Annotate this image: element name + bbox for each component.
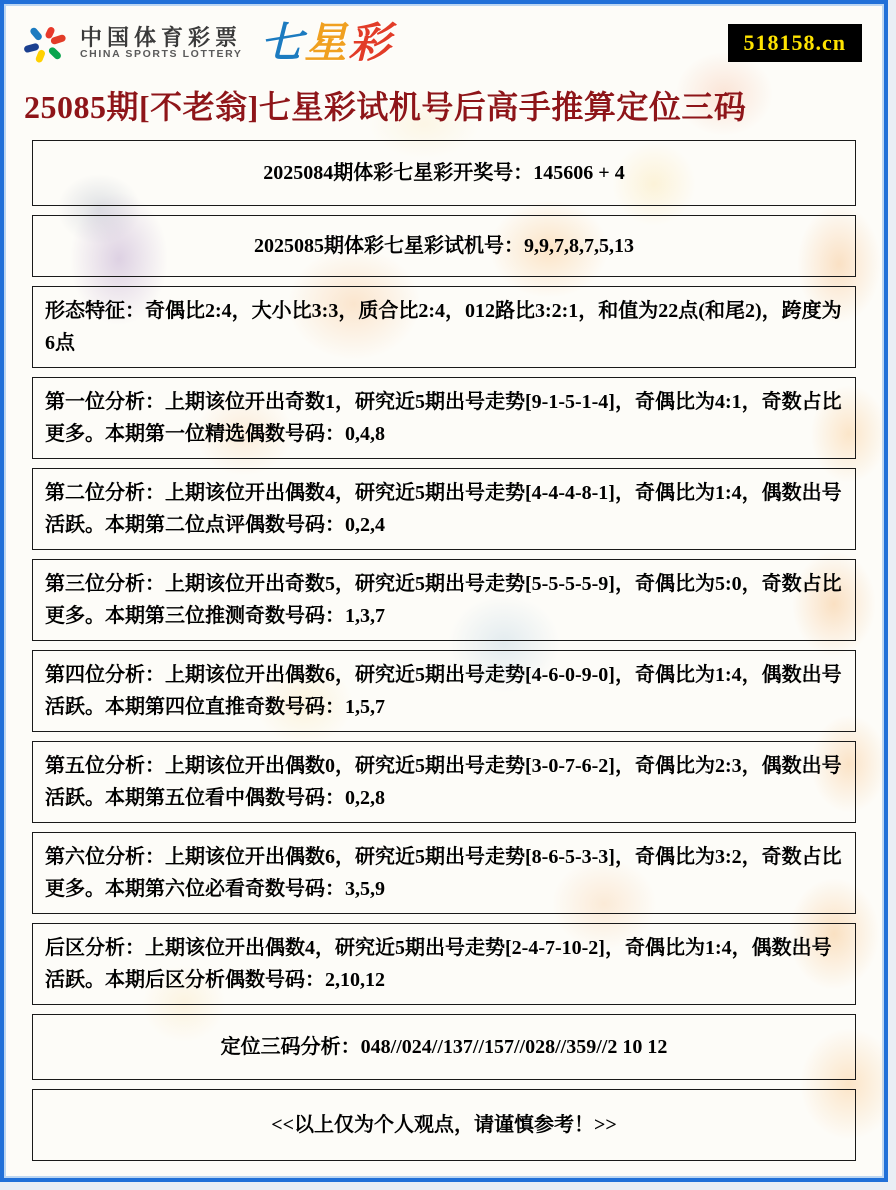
section-text: 第四位分析：上期该位开出偶数6，研究近5期出号走势[4-6-0-9-0]，奇偶比… [45, 659, 843, 723]
product-char-2: 星 [305, 22, 349, 64]
section-text: 后区分析：上期该位开出偶数4，研究近5期出号走势[2-4-7-10-2]，奇偶比… [45, 932, 843, 996]
section-text: 形态特征：奇偶比2:4，大小比3:3，质合比2:4，012路比3:2:1，和值为… [45, 295, 843, 359]
section-text: 第六位分析：上期该位开出偶数6，研究近5期出号走势[8-6-5-3-3]，奇偶比… [45, 841, 843, 905]
section-text: 定位三码分析：048//024//137//157//028//359//2 1… [221, 1031, 668, 1063]
section-text: 2025085期体彩七星彩试机号：9,9,7,8,7,5,13 [254, 230, 634, 262]
section-text: 第二位分析：上期该位开出偶数4，研究近5期出号走势[4-4-4-8-1]，奇偶比… [45, 477, 843, 541]
section-pattern: 形态特征：奇偶比2:4，大小比3:3，质合比2:4，012路比3:2:1，和值为… [32, 286, 856, 368]
page-title: 25085期[不老翁]七星彩试机号后高手推算定位三码 [24, 82, 866, 128]
section-position-2: 第二位分析：上期该位开出偶数4，研究近5期出号走势[4-4-4-8-1]，奇偶比… [32, 468, 856, 550]
section-position-6: 第六位分析：上期该位开出偶数6，研究近5期出号走势[8-6-5-3-3]，奇偶比… [32, 832, 856, 914]
section-draw-result: 2025084期体彩七星彩开奖号：145606 + 4 [32, 140, 856, 206]
section-test-number: 2025085期体彩七星彩试机号：9,9,7,8,7,5,13 [32, 215, 856, 277]
section-text: 2025084期体彩七星彩开奖号：145606 + 4 [263, 157, 624, 189]
product-char-1: 七 [260, 22, 304, 64]
header: 中国体育彩票 CHINA SPORTS LOTTERY 七 星 彩 518158… [4, 4, 884, 74]
page: 中国体育彩票 CHINA SPORTS LOTTERY 七 星 彩 518158… [0, 0, 888, 1182]
section-position-5: 第五位分析：上期该位开出偶数0，研究近5期出号走势[3-0-7-6-2]，奇偶比… [32, 741, 856, 823]
section-position-1: 第一位分析：上期该位开出奇数1，研究近5期出号走势[9-1-5-1-4]，奇偶比… [32, 377, 856, 459]
section-back-zone: 后区分析：上期该位开出偶数4，研究近5期出号走势[2-4-7-10-2]，奇偶比… [32, 923, 856, 1005]
section-text: 第一位分析：上期该位开出奇数1，研究近5期出号走势[9-1-5-1-4]，奇偶比… [45, 386, 843, 450]
brand-name-en: CHINA SPORTS LOTTERY [80, 49, 242, 60]
site-watermark-badge: 518158.cn [728, 24, 863, 62]
product-name-qixingcai: 七 星 彩 [260, 22, 392, 64]
section-position-3: 第三位分析：上期该位开出奇数5，研究近5期出号走势[5-5-5-5-9]，奇偶比… [32, 559, 856, 641]
section-text: 第三位分析：上期该位开出奇数5，研究近5期出号走势[5-5-5-5-9]，奇偶比… [45, 568, 843, 632]
product-char-3: 彩 [349, 22, 393, 64]
sections-list: 2025084期体彩七星彩开奖号：145606 + 4 2025085期体彩七星… [32, 140, 856, 1161]
brand-text: 中国体育彩票 CHINA SPORTS LOTTERY [80, 26, 242, 60]
china-sports-lottery-logo: 中国体育彩票 CHINA SPORTS LOTTERY 七 星 彩 [18, 16, 393, 70]
section-text: <<以上仅为个人观点，请谨慎参考！>> [271, 1109, 617, 1141]
section-text: 第五位分析：上期该位开出偶数0，研究近5期出号走势[3-0-7-6-2]，奇偶比… [45, 750, 843, 814]
section-disclaimer: <<以上仅为个人观点，请谨慎参考！>> [32, 1089, 856, 1161]
pinwheel-lottery-logo-icon [18, 16, 72, 70]
section-three-codes: 定位三码分析：048//024//137//157//028//359//2 1… [32, 1014, 856, 1080]
section-position-4: 第四位分析：上期该位开出偶数6，研究近5期出号走势[4-6-0-9-0]，奇偶比… [32, 650, 856, 732]
brand-name-cn: 中国体育彩票 [80, 26, 242, 49]
